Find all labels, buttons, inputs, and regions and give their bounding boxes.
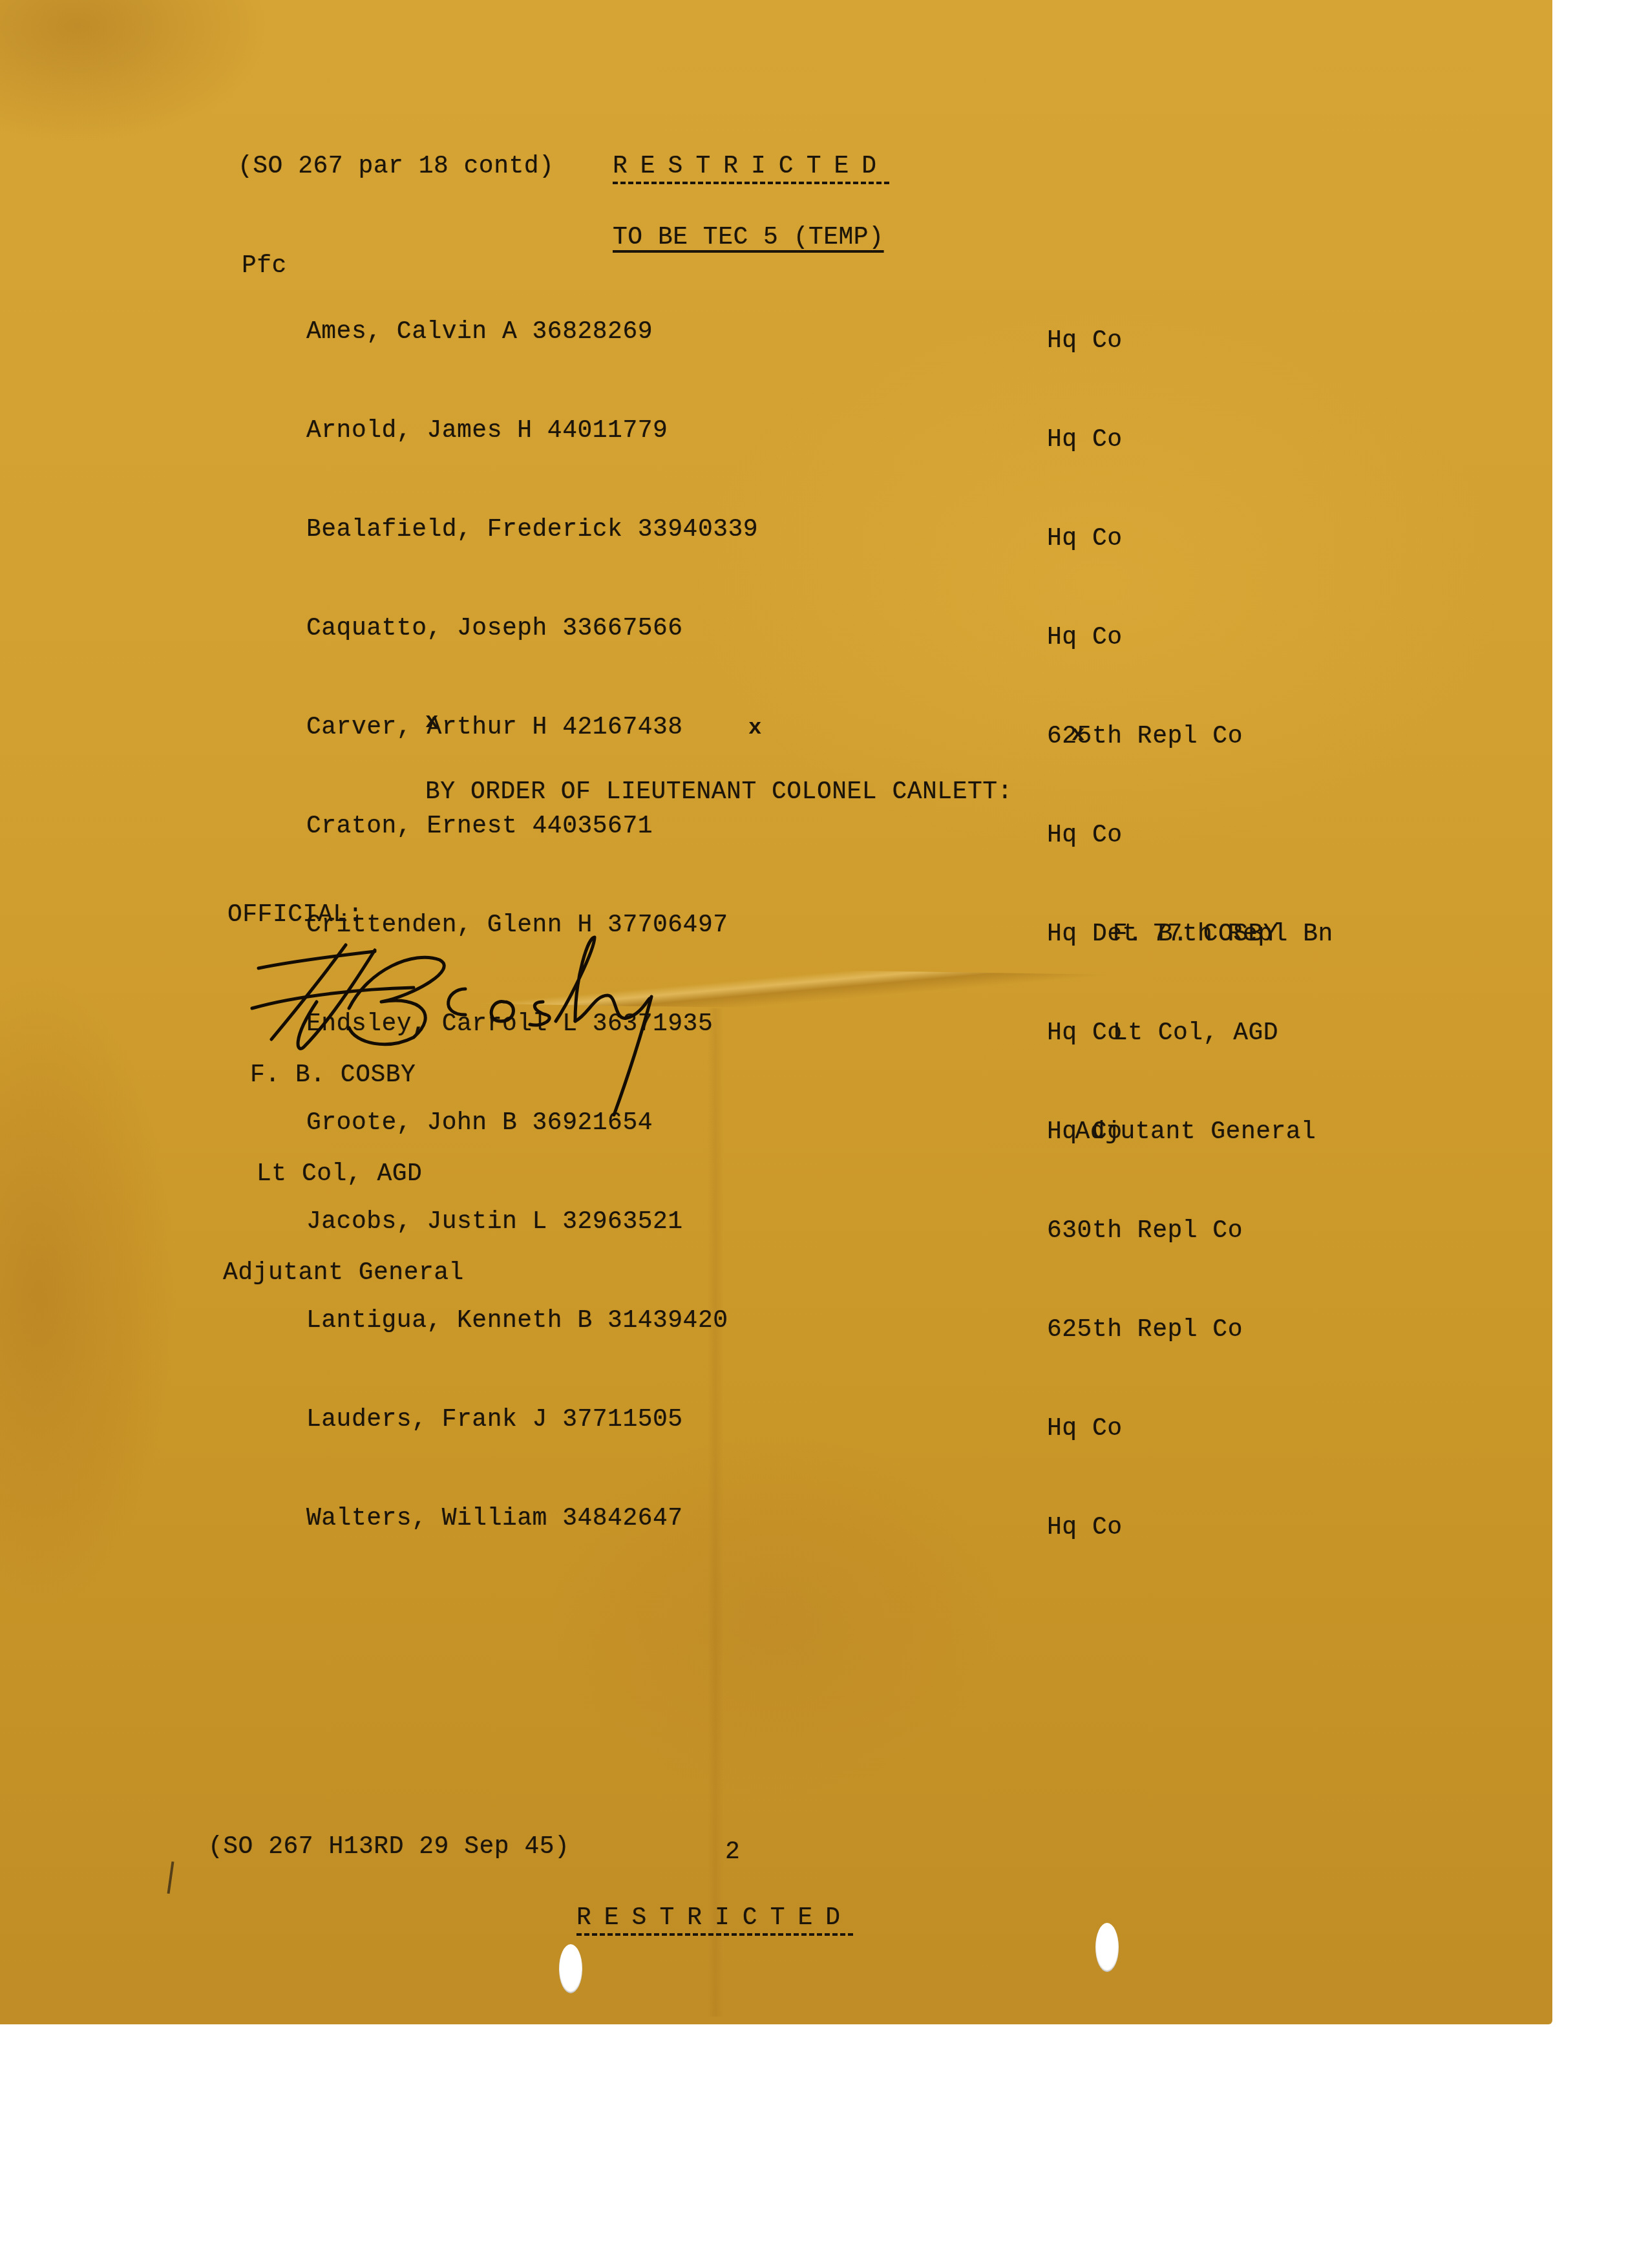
personnel-unit: Hq Co xyxy=(1047,1511,1333,1544)
signer-title: Adjutant General xyxy=(1053,1116,1338,1149)
personnel-unit: Hq Co xyxy=(1047,324,1333,357)
personnel-name: Craton, Ernest 44035671 xyxy=(306,810,758,843)
personnel-name: Walters, William 34842647 xyxy=(306,1502,758,1535)
personnel-unit: 625th Repl Co xyxy=(1047,720,1333,753)
document-page: (SO 267 par 18 contd) RESTRICTED TO BE T… xyxy=(0,0,1552,2024)
personnel-name: Ames, Calvin A 36828269 xyxy=(306,315,758,348)
personnel-unit: Hq Co xyxy=(1047,423,1333,456)
footer-classification: RESTRICTED xyxy=(576,1902,853,1934)
personnel-unit: 630th Repl Co xyxy=(1047,1214,1333,1247)
official-rank: Lt Col, AGD xyxy=(223,1158,494,1191)
personnel-name: Arnold, James H 44011779 xyxy=(306,414,758,447)
separator-mark: x xyxy=(748,716,761,741)
margin-mark xyxy=(167,1861,174,1894)
signature-block-right: F. B. COSBY Lt Col, AGD Adjutant General xyxy=(1053,852,1338,1214)
signer-name: F. B. COSBY xyxy=(1053,918,1338,951)
personnel-name: Lauders, Frank J 37711505 xyxy=(306,1403,758,1436)
personnel-unit: Hq Co xyxy=(1047,1412,1333,1445)
personnel-unit: Hq Co xyxy=(1047,819,1333,852)
official-title: Adjutant General xyxy=(223,1256,494,1289)
punch-hole-left xyxy=(559,1944,582,1993)
signer-rank: Lt Col, AGD xyxy=(1053,1017,1338,1050)
separator-mark: x xyxy=(1072,723,1084,747)
grade-prefix: Pfc xyxy=(242,249,287,282)
separator-mark: x xyxy=(425,710,438,734)
personnel-unit: Hq Co xyxy=(1047,522,1333,555)
personnel-name: Bealafield, Frederick 33940339 xyxy=(306,513,758,546)
personnel-unit: Hq Co xyxy=(1047,621,1333,654)
punch-hole-right xyxy=(1095,1923,1119,1972)
personnel-unit: 625th Repl Co xyxy=(1047,1313,1333,1346)
personnel-name: Caquatto, Joseph 33667566 xyxy=(306,612,758,645)
header-classification: RESTRICTED xyxy=(613,150,889,183)
official-signature-block: F. B. COSBY Lt Col, AGD Adjutant General xyxy=(223,993,494,1355)
order-line: BY ORDER OF LIEUTENANT COLONEL CANLETT: xyxy=(425,776,1013,809)
page-number: 2 xyxy=(725,1836,740,1869)
footer-reference: (SO 267 H13RD 29 Sep 45) xyxy=(208,1830,569,1863)
official-name: F. B. COSBY xyxy=(223,1059,494,1092)
personnel-name: Carver, Arthur H 42167438 xyxy=(306,711,758,744)
header-reference: (SO 267 par 18 contd) xyxy=(238,150,554,183)
